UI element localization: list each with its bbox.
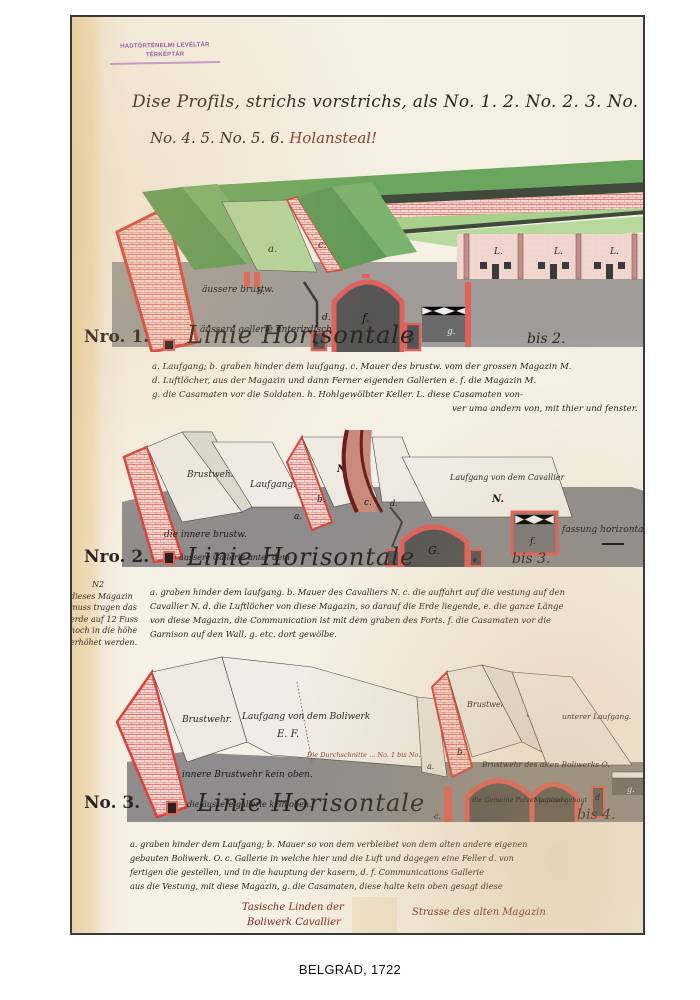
- label-red-note-3: Die Durchschnitte ... No. 1 bis No. 2: [306, 751, 427, 759]
- label-b-3: b.: [457, 748, 466, 758]
- signature-line-3: Strasse des alten Magazin: [412, 907, 546, 918]
- stamp-line-2: TÉRKÉPTÁR: [146, 52, 185, 59]
- legend-line: Cavallier N. d. die Luftlöcher von diese…: [150, 599, 565, 613]
- legend-line: aus die Vestung, mit diese Magazin, g. d…: [130, 879, 528, 893]
- label-EF-3: E. F.: [276, 729, 299, 740]
- label-g-1: g.: [447, 327, 456, 337]
- stamp-underline: [110, 61, 220, 65]
- section-2-end-label: bis 3.: [512, 551, 550, 567]
- heading-line-2-suffix: Holansteal!: [289, 129, 377, 147]
- section-1-line-label: Linie Horisontale: [187, 321, 415, 349]
- section-1-header: Nro. 1.: [84, 327, 149, 347]
- label-inner-wall-3: innere Brustwehr kein oben.: [182, 770, 313, 780]
- heading-line-2-prefix: No. 4. 5. No. 5. 6.: [150, 129, 284, 147]
- legend-line: von diese Magazin, die Communication ist…: [150, 613, 565, 627]
- section-1-end-label: bis 2.: [527, 331, 565, 347]
- label-cavallier-2: Laufgang von dem Cavallier: [449, 473, 566, 482]
- label-outer-wall: äussere brustw.: [202, 285, 274, 295]
- label-d-2: d.: [390, 499, 398, 508]
- label-L1: L.: [493, 247, 503, 257]
- section-3-line-label: Linie Horisontale: [197, 789, 425, 817]
- label-fassung-2: fassung horizontal,: [561, 525, 645, 535]
- legend-line: fertigen die gestellen, und in die haupt…: [130, 865, 528, 879]
- stamp-line-1: HADTÖRTÉNELMI LEVÉLTÁR: [120, 42, 209, 50]
- label-f-2: f.: [529, 537, 536, 547]
- legend-line: a. graben hinder dem laufgang. b. Mauer …: [150, 585, 565, 599]
- image-caption: BELGRÁD, 1722: [0, 962, 700, 977]
- heading-line-2: No. 4. 5. No. 5. 6. Holansteal!: [150, 129, 377, 147]
- label-brustwehr-2: Brustwehr: [186, 470, 236, 480]
- label-L3: L.: [609, 247, 619, 257]
- section-3-header: No. 3.: [84, 793, 140, 813]
- section-2-header: Nro. 2.: [84, 547, 149, 567]
- section-3-number: No. 3.: [84, 793, 140, 813]
- legend-line: d. Luftlöcher, aus der Magazin und dann …: [152, 374, 638, 388]
- section-2-legend: a. graben hinder dem laufgang. b. Mauer …: [150, 585, 565, 641]
- label-inner-wall-2: die innere brustw.: [164, 530, 247, 540]
- archive-stamp: HADTÖRTÉNELMI LEVÉLTÁR TÉRKÉPTÁR: [120, 41, 210, 65]
- sidenote-header: N2: [70, 579, 142, 591]
- sidenote-line: muss tragen das: [70, 602, 142, 614]
- label-untere-3: unterer Laufgang.: [562, 712, 631, 721]
- section-3-end-label: bis 4.: [577, 807, 615, 823]
- label-a-3: a.: [427, 762, 434, 771]
- label-c-2: c.: [364, 498, 372, 508]
- legend-line: a. graben hinder dem Laufgang; b. Mauer …: [130, 837, 528, 851]
- label-brustwehr-3a: Brustwehr.: [181, 715, 232, 725]
- label-laufgang-3: Laufgang von dem Boliwerk: [241, 712, 370, 722]
- paper-patch: [352, 897, 397, 935]
- label-c-3: c.: [434, 812, 441, 821]
- label-laufgang-2: Laufgang.: [249, 480, 296, 490]
- label-d-3: d: [595, 793, 600, 802]
- legend-line: g. die Casamaten vor die Soldaten. h. Ho…: [152, 388, 638, 402]
- legend-line: a. Laufgang; b. graben hinder dem laufga…: [152, 360, 638, 374]
- heading-line-1: Dise Profils, strichs vorstrichs, als No…: [132, 92, 645, 112]
- label-a-2: a.: [294, 512, 302, 522]
- section-2-line-label: Linie Horisontale: [187, 543, 415, 571]
- section-2-number: Nro. 2.: [84, 547, 149, 567]
- manuscript-sheet: HADTÖRTÉNELMI LEVÉLTÁR TÉRKÉPTÁR Dise Pr…: [70, 15, 645, 935]
- legend-line: gebauten Boliwerk. O. c. Gallerie in wel…: [130, 851, 528, 865]
- label-b-2: b.: [317, 495, 326, 505]
- label-g-3: g.: [627, 785, 635, 794]
- label-L2: L.: [553, 247, 563, 257]
- section-1-number: Nro. 1.: [84, 327, 149, 347]
- label-e-2: e: [473, 556, 477, 564]
- signature-line-1: Tasische Linden der: [242, 902, 344, 913]
- label-a-1: a.: [268, 244, 277, 255]
- sidenote-line: hoch in die höhe: [70, 625, 142, 637]
- label-rampart-3: Brustwehr des alten Boliwerks O.: [481, 760, 610, 769]
- label-G-2: G.: [428, 544, 440, 557]
- sidenote-line: dieses Magazin: [70, 591, 142, 603]
- label-N-2b: N.: [491, 494, 504, 505]
- section-3-legend: a. graben hinder dem Laufgang; b. Mauer …: [130, 837, 528, 893]
- sidenote-line: erde auf 12 Fuss: [70, 614, 142, 626]
- signature-line-2: Boliwerk Cavallier: [247, 917, 341, 928]
